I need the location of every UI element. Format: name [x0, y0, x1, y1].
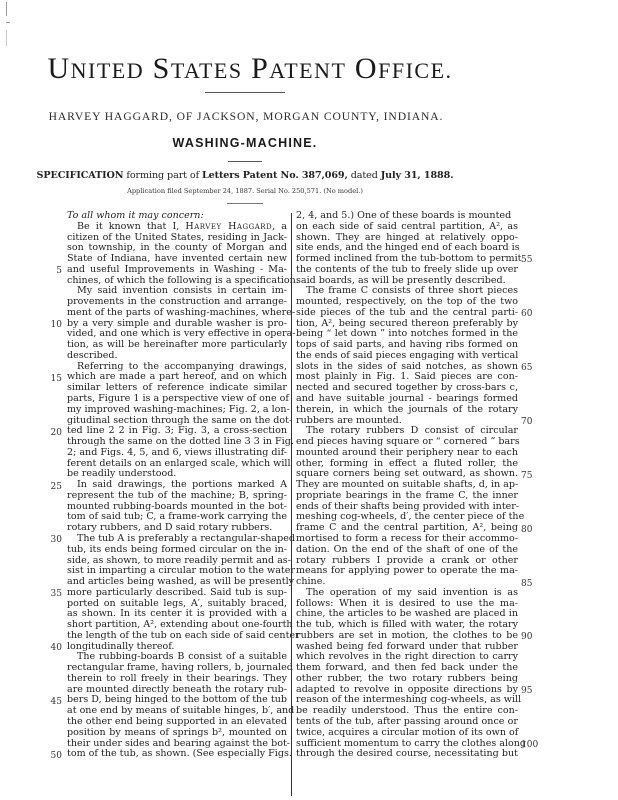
- text-line: dation. On the end of the shaft of one o…: [296, 545, 518, 556]
- line-number: 60: [521, 309, 541, 319]
- title-word-2-cap: S: [153, 52, 171, 85]
- specification-line: SPECIFICATION forming part of Letters Pa…: [0, 170, 490, 181]
- line-number: 65: [521, 363, 541, 373]
- text-line: tom of the tub, as shown. (See especiall…: [67, 749, 287, 760]
- text-line: means for applying power to operate the …: [296, 566, 518, 577]
- title-word-3-cap: P: [251, 52, 269, 85]
- inventor-line: HARVEY HAGGARD, OF JACKSON, MORGAN COUNT…: [0, 110, 492, 123]
- text-line: my improved washing-machines; Fig. 2, a …: [67, 405, 287, 416]
- line-number: 85: [521, 579, 541, 589]
- application-line: Application filed September 24, 1887. Se…: [0, 187, 490, 195]
- column-divider: [291, 213, 292, 796]
- text-line: through the desired course, necessitatin…: [296, 749, 518, 760]
- line-number: 15: [48, 374, 62, 384]
- scan-margin-mark: [6, 30, 7, 46]
- title-word-4-cap: O: [355, 52, 378, 85]
- text-line: and useful Improvements in Washing - Ma-: [67, 265, 287, 276]
- text-line: rubbers are set in motion, the clothes t…: [296, 631, 518, 642]
- specification-label: SPECIFICATION: [37, 170, 124, 181]
- office-title: UNITED STATES PATENT OFFICE.: [0, 52, 500, 86]
- text-line: 2; and Figs. 4, 5, and 6, views illustra…: [67, 448, 287, 459]
- text-line: tub, its ends being formed circular on t…: [67, 545, 287, 556]
- text-line: Be it known that I, Harvey Haggard, a: [67, 222, 287, 233]
- line-number: 20: [48, 428, 62, 438]
- invention-rule: [228, 161, 262, 162]
- line-number: 45: [48, 697, 62, 707]
- application-rule: [227, 203, 263, 204]
- line-number: 95: [521, 686, 541, 696]
- text-line: position by means of springs b², mounted…: [67, 728, 287, 739]
- title-word-2-rest: TATES: [171, 58, 243, 83]
- line-number: 100: [521, 740, 541, 750]
- text-line: therein, in which the journals of the ro…: [296, 405, 518, 416]
- line-number: 30: [48, 535, 62, 545]
- text-line: on each side of said central partition, …: [296, 222, 518, 233]
- line-number: 90: [521, 632, 541, 642]
- specification-dated: dated: [348, 170, 381, 181]
- title-word-4-rest: FFICE.: [378, 58, 452, 83]
- line-number: 75: [521, 471, 541, 481]
- specification-middle: forming part of: [123, 170, 202, 181]
- title-rule: [205, 92, 285, 93]
- line-number: 5: [48, 266, 62, 276]
- patent-date: July 31, 1888.: [381, 170, 454, 181]
- text-line: the contents of the tub to freely slide …: [296, 265, 518, 276]
- text-line: more particularly described. Said tub is…: [67, 588, 287, 599]
- line-number: 35: [48, 589, 62, 599]
- text-line: the length of the tub on each side of sa…: [67, 631, 287, 642]
- line-number: 25: [48, 482, 62, 492]
- text-line: The operation of my said invention is as: [296, 588, 518, 599]
- right-column: 2, 4, and 5.) One of these boards is mou…: [296, 211, 518, 760]
- title-word-3-rest: ATENT: [269, 58, 346, 83]
- left-column: To all whom it may concern:Be it known t…: [67, 211, 287, 760]
- line-number: 50: [48, 751, 62, 761]
- line-number: 70: [521, 417, 541, 427]
- text-line: twice, acquires a circular motion of its…: [296, 728, 518, 739]
- scan-margin-mark: [6, 22, 10, 23]
- line-number: 10: [48, 320, 62, 330]
- letters-patent-number: Letters Patent No. 387,069,: [202, 170, 348, 181]
- invention-title: WASHING-MACHINE.: [0, 136, 490, 150]
- line-number: 40: [48, 643, 62, 653]
- text-line: mounted around their periphery near to e…: [296, 448, 518, 459]
- inventor-name: Harvey Haggard: [185, 221, 272, 232]
- title-word-1-cap: U: [47, 52, 70, 85]
- line-number: 55: [521, 255, 541, 265]
- scan-margin-mark: [6, 2, 7, 16]
- title-word-1-rest: NITED: [71, 58, 144, 83]
- line-number: 80: [521, 525, 541, 535]
